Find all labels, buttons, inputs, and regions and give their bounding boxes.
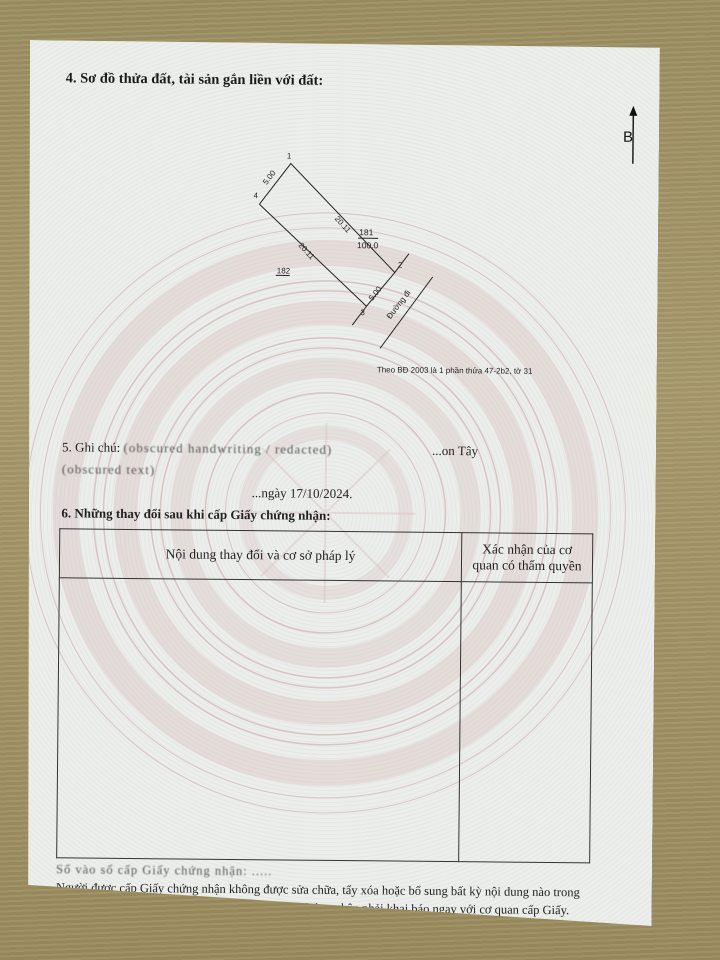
svg-text:20.11: 20.11 <box>297 241 317 262</box>
svg-text:1: 1 <box>287 151 292 160</box>
header-change-content: Nội dung thay đổi và cơ sở pháp lý <box>59 529 461 582</box>
changes-table: Nội dung thay đổi và cơ sở pháp lý Xác n… <box>56 528 593 863</box>
svg-text:3: 3 <box>360 308 365 317</box>
redacted-text: (obscured handwriting / redacted) <box>123 440 332 457</box>
svg-text:Đường đi: Đường đi <box>385 288 413 320</box>
source-note: Theo BĐ 2003 là 1 phần thửa 47-2b2, tờ 3… <box>377 365 533 375</box>
svg-text:100.0: 100.0 <box>357 240 379 250</box>
header-authority-confirmation: Xác nhận của cơ quan có thẩm quyền <box>461 533 592 583</box>
authority-confirmation-cell <box>459 582 593 863</box>
svg-text:2: 2 <box>398 261 403 270</box>
svg-text:20.11: 20.11 <box>333 214 353 235</box>
certificate-page: 4. Sơ đồ thửa đất, tài sản gắn liền với … <box>22 40 660 926</box>
change-content-cell <box>57 578 462 862</box>
svg-text:181: 181 <box>359 227 374 237</box>
section-5-notes: 5. Ghi chú: (obscured handwriting / reda… <box>61 436 622 529</box>
footer-notice: Số vào sổ cấp Giấy chứng nhận: ..... Ngư… <box>56 860 616 919</box>
svg-text:4: 4 <box>253 191 258 200</box>
svg-text:182: 182 <box>277 266 291 275</box>
svg-text:5.00: 5.00 <box>367 284 384 302</box>
